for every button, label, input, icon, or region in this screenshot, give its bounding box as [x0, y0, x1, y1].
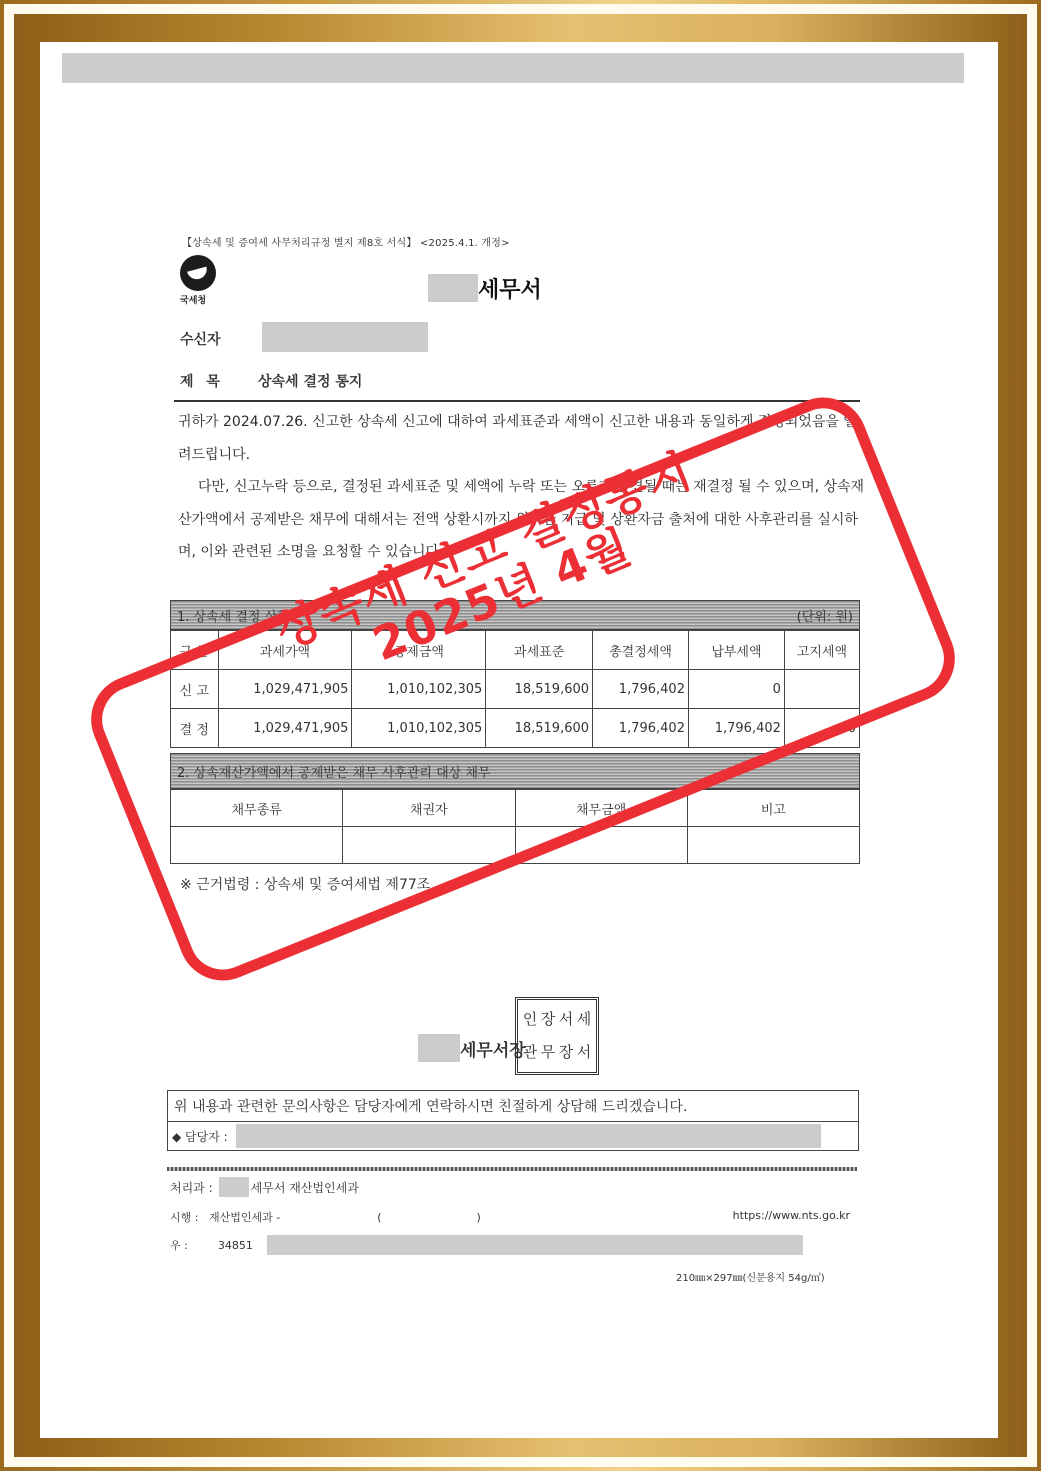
subject-label: 제 목: [180, 371, 220, 391]
table-header-row: 채무종류 채권자 채무금액 비고: [171, 790, 860, 827]
office-title: 세무서: [428, 274, 542, 302]
phone-paren-close: ): [477, 1211, 481, 1224]
table-cell: 0: [784, 709, 859, 748]
seal-char: 서: [577, 1045, 592, 1060]
department-label: 처리과 :: [170, 1179, 213, 1196]
paper-spec: 210㎜×297㎜(신문용지 54g/㎡): [676, 1269, 825, 1284]
seal-char: 무: [541, 1045, 556, 1060]
seal-char: 서: [559, 1012, 574, 1027]
debt-followup-table: 채무종류 채권자 채무금액 비고: [170, 789, 860, 864]
divider: [174, 400, 860, 402]
footer-department: 처리과 : 세무서 재산법인세과: [170, 1177, 359, 1197]
seal-char: 장: [541, 1012, 556, 1027]
nts-emblem-icon: [180, 255, 216, 291]
header-cell: 채무금액: [515, 790, 687, 827]
postal-label: 우 :: [170, 1237, 188, 1253]
phone-label: 시행 :: [170, 1211, 198, 1224]
header-cell: 비고: [687, 790, 859, 827]
header-redaction: [62, 53, 964, 83]
contact-person-row: ◆ 담당자 :: [168, 1122, 858, 1150]
footer-phone-row: 시행 : 재산법인세과 - ( ) https://www.nts.go.kr: [170, 1209, 850, 1225]
address-redaction: [267, 1235, 803, 1255]
footer-divider: [167, 1167, 857, 1171]
phone-paren-open: (: [377, 1211, 381, 1224]
table-cell: [784, 670, 859, 709]
signatory-redaction: [418, 1034, 460, 1062]
office-title-text: 세무서: [478, 273, 542, 304]
nts-logo: 국세청: [180, 255, 220, 315]
department-value: 세무서 재산법인세과: [251, 1179, 359, 1196]
table1-unit: (단위: 원): [797, 606, 853, 625]
contact-notice: 위 내용과 관련한 문의사항은 담당자에게 연락하시면 친절하게 상담해 드리겠…: [168, 1091, 858, 1122]
subject-value: 상속세 결정 통지: [258, 371, 362, 391]
seal-char: 인: [523, 1012, 538, 1027]
law-reference: ※ 근거법령 : 상속세 및 증여세법 제77조: [180, 874, 430, 894]
seal-char: 세: [577, 1012, 592, 1027]
seal-char: 장: [559, 1045, 574, 1060]
table-cell: 1,796,402: [688, 709, 784, 748]
recipient-redaction: [262, 322, 428, 352]
logo-label: 국세청: [180, 293, 220, 306]
table-cell: 신 고: [171, 670, 219, 709]
table-cell: 결 정: [171, 709, 219, 748]
body-paragraph-1: 귀하가 2024.07.26. 신고한 상속세 신고에 대하여 과세표준과 세액…: [178, 406, 868, 471]
office-name-redaction: [428, 274, 478, 302]
recipient-label: 수신자: [180, 329, 221, 349]
phone-value: 재산법인세과 -: [209, 1211, 280, 1224]
footer-postal-row: 우 : 34851: [170, 1235, 803, 1255]
contact-person-redaction: [236, 1124, 821, 1148]
header-cell: 구 분: [171, 631, 219, 670]
department-redaction: [219, 1177, 249, 1197]
contact-box: 위 내용과 관련한 문의사항은 담당자에게 연락하시면 친절하게 상담해 드리겠…: [167, 1090, 859, 1151]
table-cell: [687, 827, 859, 864]
table-cell: [515, 827, 687, 864]
table-row: [171, 827, 860, 864]
official-seal-icon: 인 장 서 세 관 무 장 서: [515, 997, 599, 1075]
form-reference: 【상속세 및 증여세 사무처리규정 별지 제8호 서식】 <2025.4.1. …: [182, 234, 510, 249]
signatory: 세무서장: [418, 1034, 526, 1062]
seal-char: 관: [523, 1045, 538, 1060]
postal-code: 34851: [218, 1239, 253, 1252]
website-link[interactable]: https://www.nts.go.kr: [733, 1209, 850, 1225]
table-cell: [343, 827, 515, 864]
contact-person-label: ◆ 담당자 :: [172, 1128, 228, 1145]
